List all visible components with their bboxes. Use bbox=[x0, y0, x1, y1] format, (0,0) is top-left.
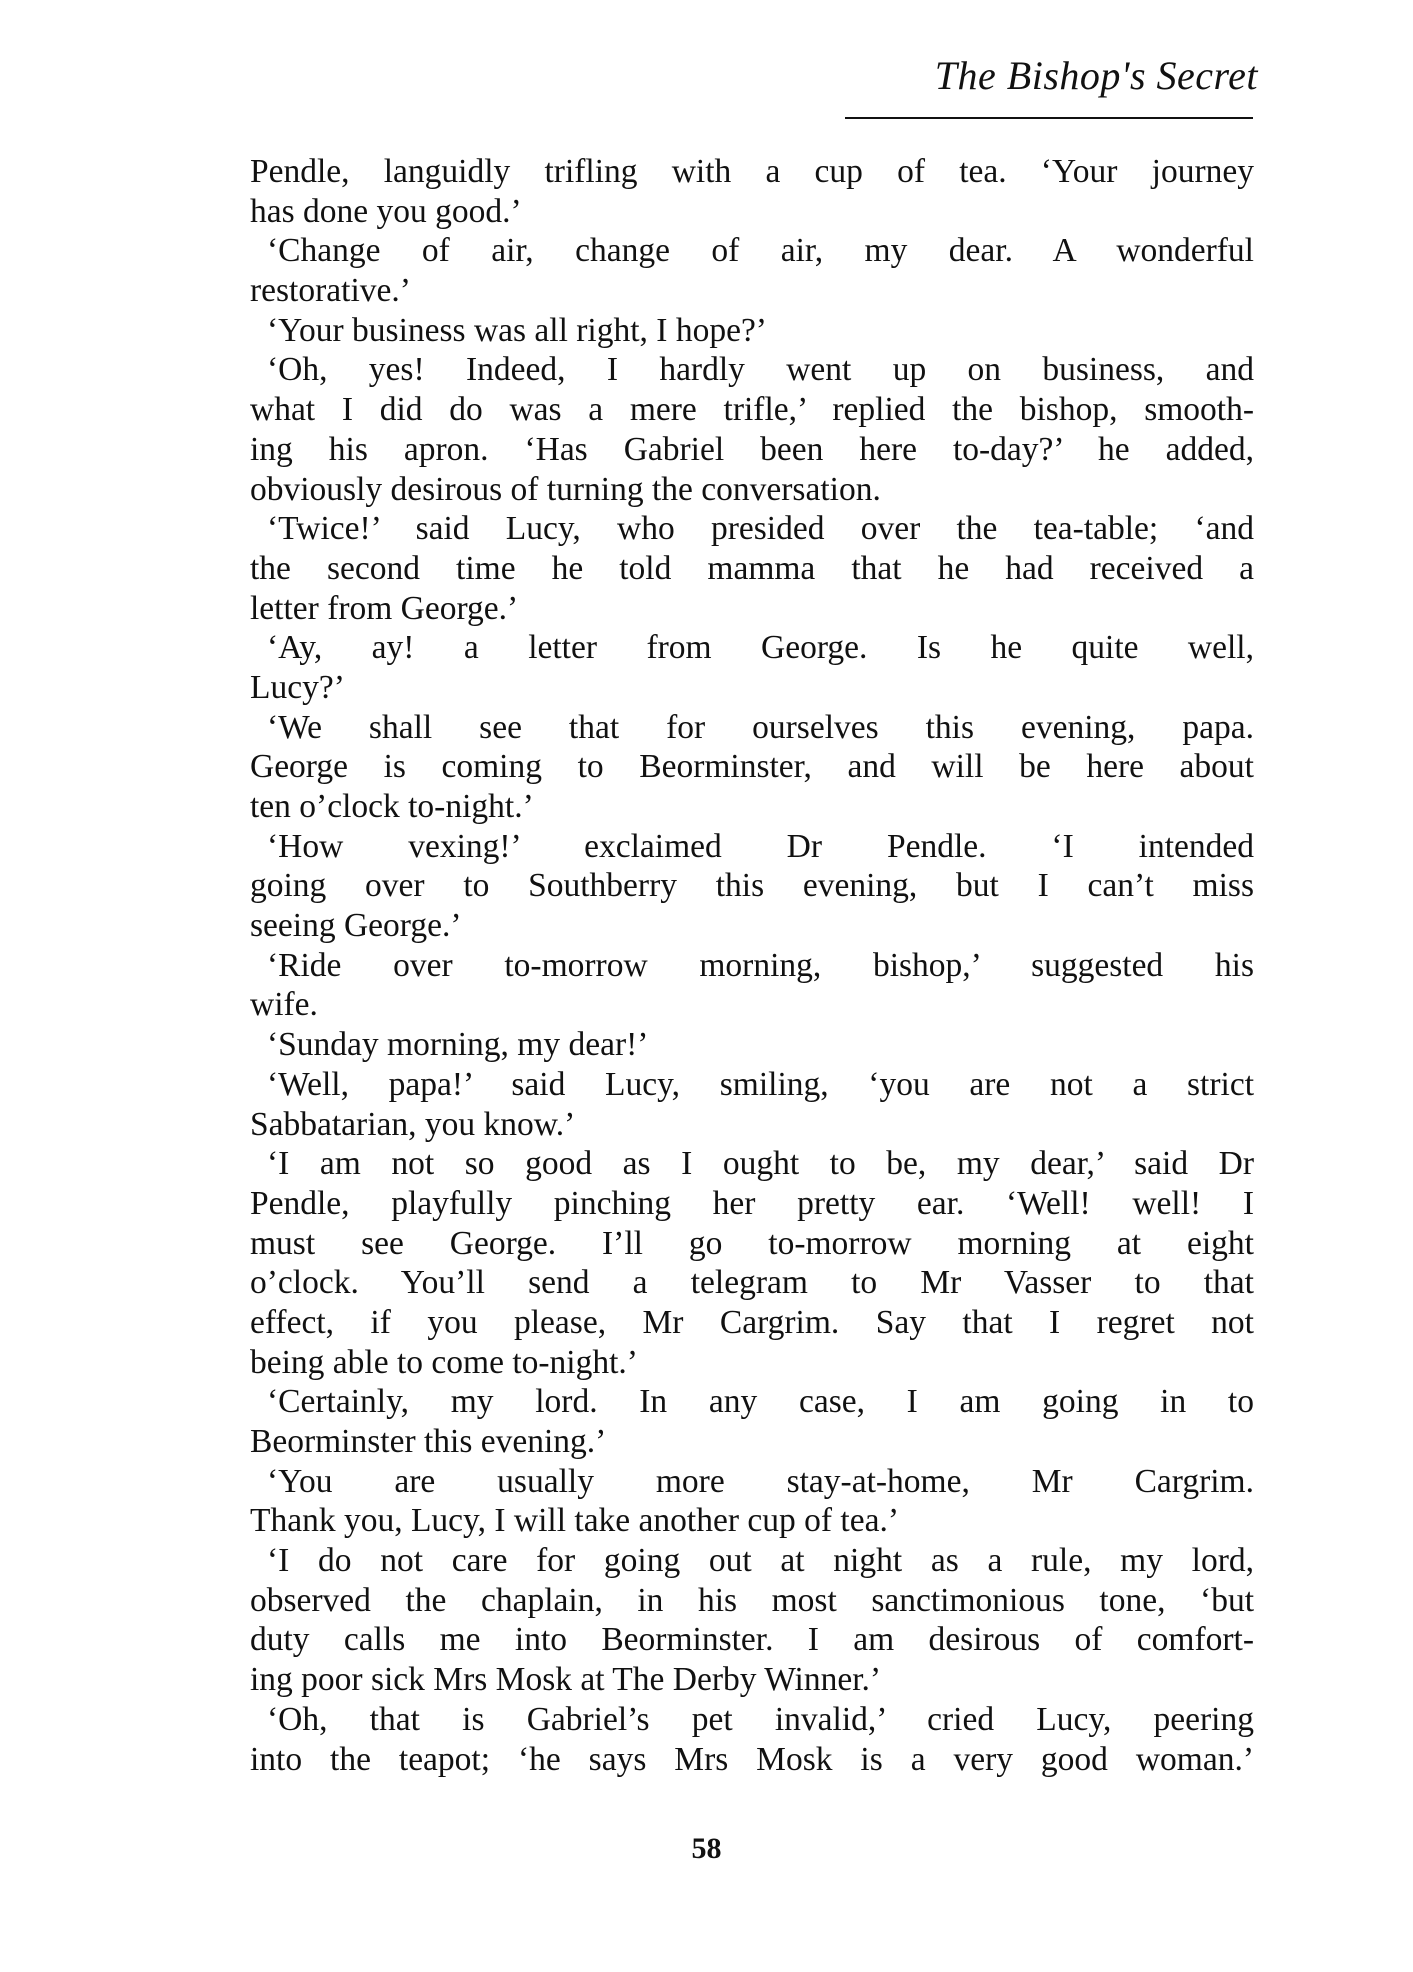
header-rule bbox=[845, 117, 1253, 119]
text-line: ing his apron. ‘Has Gabriel been here to… bbox=[250, 430, 1254, 470]
text-line: ‘Certainly, my lord. In any case, I am g… bbox=[250, 1382, 1254, 1422]
text-line: ‘Ay, ay! a letter from George. Is he qui… bbox=[250, 628, 1254, 668]
running-head: The Bishop's Secret bbox=[838, 52, 1258, 99]
text-line: must see George. I’ll go to-morrow morni… bbox=[250, 1224, 1254, 1264]
page-number: 58 bbox=[0, 1832, 1413, 1866]
text-line: ‘You are usually more stay-at-home, Mr C… bbox=[250, 1462, 1254, 1502]
page-body: Pendle, languidly trifling with a cup of… bbox=[250, 152, 1254, 1779]
text-line: o’clock. You’ll send a telegram to Mr Va… bbox=[250, 1263, 1254, 1303]
text-line: ‘I do not care for going out at night as… bbox=[250, 1541, 1254, 1581]
text-line: George is coming to Beorminster, and wil… bbox=[250, 747, 1254, 787]
text-line: ten o’clock to-night.’ bbox=[250, 787, 1254, 827]
text-line: observed the chaplain, in his most sanct… bbox=[250, 1581, 1254, 1621]
text-line: ‘Ride over to-morrow morning, bishop,’ s… bbox=[250, 946, 1254, 986]
text-line: effect, if you please, Mr Cargrim. Say t… bbox=[250, 1303, 1254, 1343]
text-line: ‘Oh, yes! Indeed, I hardly went up on bu… bbox=[250, 350, 1254, 390]
text-line: ‘We shall see that for ourselves this ev… bbox=[250, 708, 1254, 748]
text-line: wife. bbox=[250, 985, 1254, 1025]
text-line: duty calls me into Beorminster. I am des… bbox=[250, 1620, 1254, 1660]
text-line: ‘Your business was all right, I hope?’ bbox=[250, 311, 1254, 351]
text-line: into the teapot; ‘he says Mrs Mosk is a … bbox=[250, 1740, 1254, 1780]
text-line: being able to come to-night.’ bbox=[250, 1343, 1254, 1383]
text-line: Lucy?’ bbox=[250, 668, 1254, 708]
text-line: ‘How vexing!’ exclaimed Dr Pendle. ‘I in… bbox=[250, 827, 1254, 867]
text-line: ‘Twice!’ said Lucy, who presided over th… bbox=[250, 509, 1254, 549]
text-line: seeing George.’ bbox=[250, 906, 1254, 946]
text-line: ‘Oh, that is Gabriel’s pet invalid,’ cri… bbox=[250, 1700, 1254, 1740]
text-line: Pendle, playfully pinching her pretty ea… bbox=[250, 1184, 1254, 1224]
text-line: obviously desirous of turning the conver… bbox=[250, 470, 1254, 510]
text-line: ing poor sick Mrs Mosk at The Derby Winn… bbox=[250, 1660, 1254, 1700]
text-line: what I did do was a mere trifle,’ replie… bbox=[250, 390, 1254, 430]
text-line: letter from George.’ bbox=[250, 589, 1254, 629]
text-line: Thank you, Lucy, I will take another cup… bbox=[250, 1501, 1254, 1541]
text-line: ‘Sunday morning, my dear!’ bbox=[250, 1025, 1254, 1065]
text-line: restorative.’ bbox=[250, 271, 1254, 311]
text-line: ‘Well, papa!’ said Lucy, smiling, ‘you a… bbox=[250, 1065, 1254, 1105]
text-line: ‘I am not so good as I ought to be, my d… bbox=[250, 1144, 1254, 1184]
text-line: Sabbatarian, you know.’ bbox=[250, 1105, 1254, 1145]
text-line: Beorminster this evening.’ bbox=[250, 1422, 1254, 1462]
text-line: has done you good.’ bbox=[250, 192, 1254, 232]
text-line: Pendle, languidly trifling with a cup of… bbox=[250, 152, 1254, 192]
text-line: the second time he told mamma that he ha… bbox=[250, 549, 1254, 589]
text-line: going over to Southberry this evening, b… bbox=[250, 866, 1254, 906]
text-line: ‘Change of air, change of air, my dear. … bbox=[250, 231, 1254, 271]
